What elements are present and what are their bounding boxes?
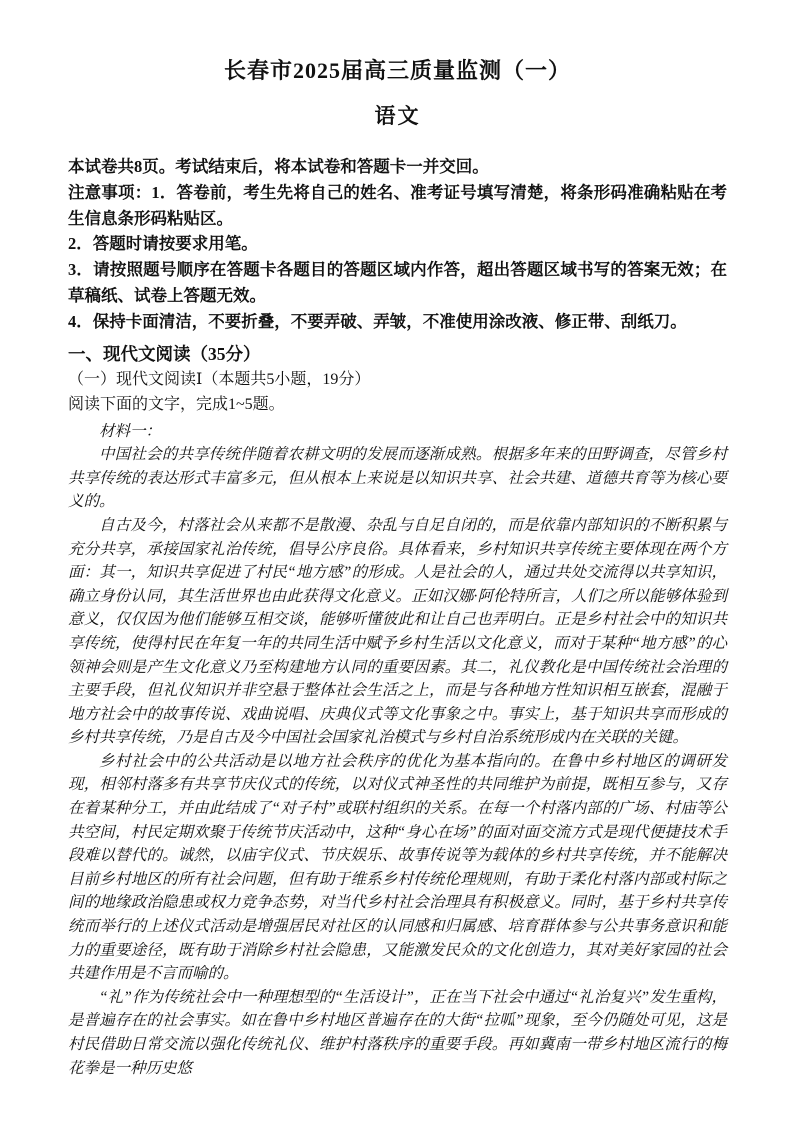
page-subtitle: 语文 <box>68 102 727 130</box>
notice-intro: 本试卷共8页。考试结束后，将本试卷和答题卡一并交回。 <box>68 154 727 180</box>
material-paragraph-1: 中国社会的共享传统伴随着农耕文明的发展而逐渐成熟。根据多年来的田野调查，尽管乡村… <box>68 443 727 514</box>
notice-item-1: 注意事项：1．答卷前，考生先将自己的姓名、准考证号填写清楚，将条形码准确粘贴在考… <box>68 180 727 232</box>
notice-item-4: 4．保持卡面清洁，不要折叠，不要弄破、弄皱，不准使用涂改液、修正带、刮纸刀。 <box>68 309 727 335</box>
exam-notice-block: 本试卷共8页。考试结束后，将本试卷和答题卡一并交回。 注意事项：1．答卷前，考生… <box>68 154 727 335</box>
reading-instruction: 阅读下面的文字，完成1~5题。 <box>68 392 727 417</box>
material-paragraph-4: “礼”作为传统社会中一种理想型的“生活设计”，正在当下社会中通过“礼治复兴”发生… <box>68 986 727 1080</box>
section-subheading-reading-one: （一）现代文阅读Ⅰ（本题共5小题，19分） <box>68 367 727 392</box>
material-paragraph-2: 自古及今，村落社会从来都不是散漫、杂乱与自足自闭的，而是依靠内部知识的不断积累与… <box>68 514 727 750</box>
material-paragraph-3: 乡村社会中的公共活动是以地方社会秩序的优化为基本指向的。在鲁中乡村地区的调研发现… <box>68 750 727 986</box>
exam-paper-page: 长春市2025届高三质量监测（一） 语文 本试卷共8页。考试结束后，将本试卷和答… <box>0 0 793 1122</box>
notice-item-2: 2．答题时请按要求用笔。 <box>68 231 727 257</box>
material-one-block: 材料一： 中国社会的共享传统伴随着农耕文明的发展而逐渐成熟。根据多年来的田野调查… <box>68 420 727 1081</box>
section-heading-modern-reading: 一、现代文阅读（35分） <box>68 341 727 367</box>
notice-item-3: 3．请按照题号顺序在答题卡各题目的答题区域内作答，超出答题区域书写的答案无效；在… <box>68 257 727 309</box>
material-one-label: 材料一： <box>68 420 727 444</box>
page-title: 长春市2025届高三质量监测（一） <box>68 56 727 86</box>
